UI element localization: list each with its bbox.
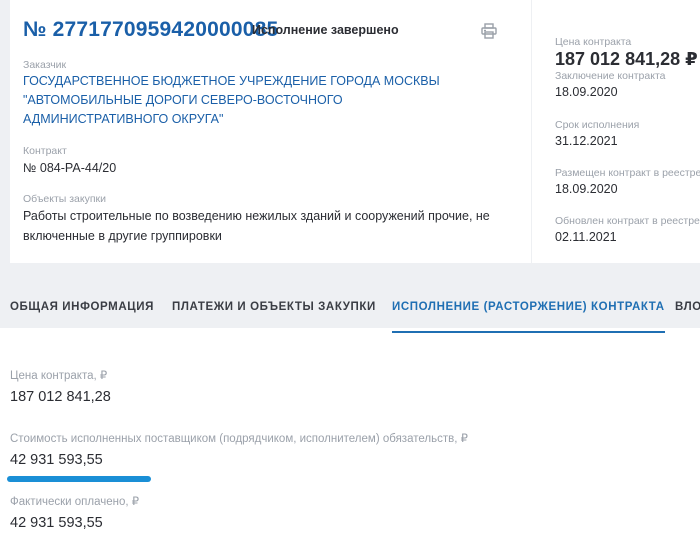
field-value: 42 931 593,55	[10, 449, 468, 471]
side-item-value: 18.09.2020	[555, 179, 700, 199]
field-label: Фактически оплачено, ₽	[10, 494, 139, 508]
tab-payments-objects[interactable]: ПЛАТЕЖИ И ОБЪЕКТЫ ЗАКУПКИ	[172, 301, 376, 334]
execution-actually-paid: Фактически оплачено, ₽ 42 931 593,55	[10, 494, 139, 534]
side-item-label: Заключение контракта	[555, 70, 665, 82]
tab-attachments[interactable]: ВЛОЖЕНИЯ	[675, 301, 700, 334]
contract-label: Контракт	[23, 145, 67, 157]
side-item-value: 18.09.2020	[555, 82, 665, 102]
side-item-deadline: Срок исполнения 31.12.2021	[555, 119, 639, 151]
tab-general-info[interactable]: ОБЩАЯ ИНФОРМАЦИЯ	[10, 301, 154, 334]
side-item-registered: Размещен контракт в реестре 18.09.2020	[555, 167, 700, 199]
side-item-updated: Обновлен контракт в реестре 02.11.2021	[555, 215, 700, 247]
contract-number: № 084-РА-44/20	[23, 158, 116, 178]
highlight-marker	[7, 476, 151, 482]
side-item-value: 02.11.2021	[555, 227, 700, 247]
side-price: Цена контракта 187 012 841,28 ₽	[555, 36, 698, 70]
side-price-label: Цена контракта	[555, 36, 698, 48]
side-price-value: 187 012 841,28 ₽	[555, 48, 698, 70]
tab-bar: ОБЩАЯ ИНФОРМАЦИЯ ПЛАТЕЖИ И ОБЪЕКТЫ ЗАКУП…	[0, 295, 700, 328]
side-item-label: Обновлен контракт в реестре	[555, 215, 700, 227]
field-value: 187 012 841,28	[10, 386, 111, 408]
printer-icon[interactable]	[480, 22, 498, 40]
tab-execution[interactable]: ИСПОЛНЕНИЕ (РАСТОРЖЕНИЕ) КОНТРАКТА	[392, 301, 665, 334]
side-item-value: 31.12.2021	[555, 131, 639, 151]
execution-fulfilled-cost: Стоимость исполненных поставщиком (подря…	[10, 431, 468, 471]
field-value: 42 931 593,55	[10, 512, 139, 534]
purchase-objects-value: Работы строительные по возведению нежилы…	[23, 206, 503, 246]
customer-label: Заказчик	[23, 59, 66, 71]
side-item-label: Срок исполнения	[555, 119, 639, 131]
registry-number: № 2771770959420000085	[23, 18, 278, 42]
customer-link[interactable]: ГОСУДАРСТВЕННОЕ БЮДЖЕТНОЕ УЧРЕЖДЕНИЕ ГОР…	[23, 72, 483, 129]
field-label: Цена контракта, ₽	[10, 368, 111, 382]
purchase-objects-label: Объекты закупки	[23, 193, 106, 205]
side-item-conclusion: Заключение контракта 18.09.2020	[555, 70, 665, 102]
field-label: Стоимость исполненных поставщиком (подря…	[10, 431, 468, 445]
status-badge: Исполнение завершено	[252, 23, 399, 37]
side-item-label: Размещен контракт в реестре	[555, 167, 700, 179]
execution-contract-price: Цена контракта, ₽ 187 012 841,28	[10, 368, 111, 408]
